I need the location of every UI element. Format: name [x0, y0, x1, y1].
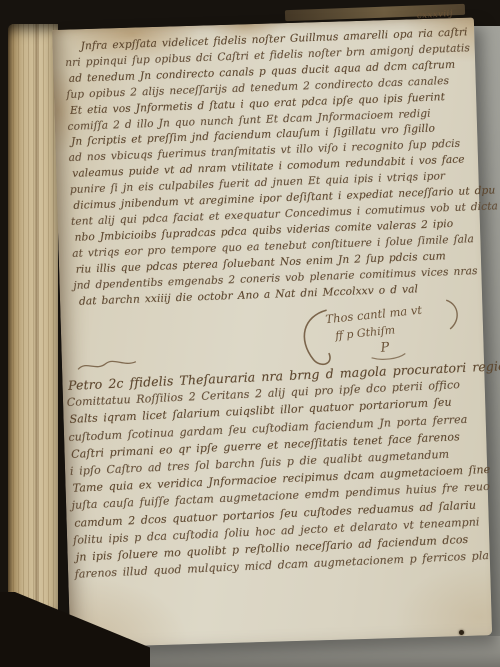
lower-text-block: Petro 2c ffidelis Theſauraria nra brng d… [68, 358, 487, 583]
book-fore-edge-pages [8, 24, 58, 626]
signature-mark: P [380, 340, 390, 356]
manuscript-page: Jnfra expſſata videlicet fidelis noſter … [52, 17, 492, 647]
upper-text-block: Jnfra expſſata videlicet fidelis noſter … [67, 25, 475, 310]
wormhole-dot [459, 630, 464, 635]
paragraph-squiggle-icon [76, 358, 140, 374]
manuscript-photo: Jnfra expſſata videlicet fidelis noſter … [0, 0, 500, 667]
